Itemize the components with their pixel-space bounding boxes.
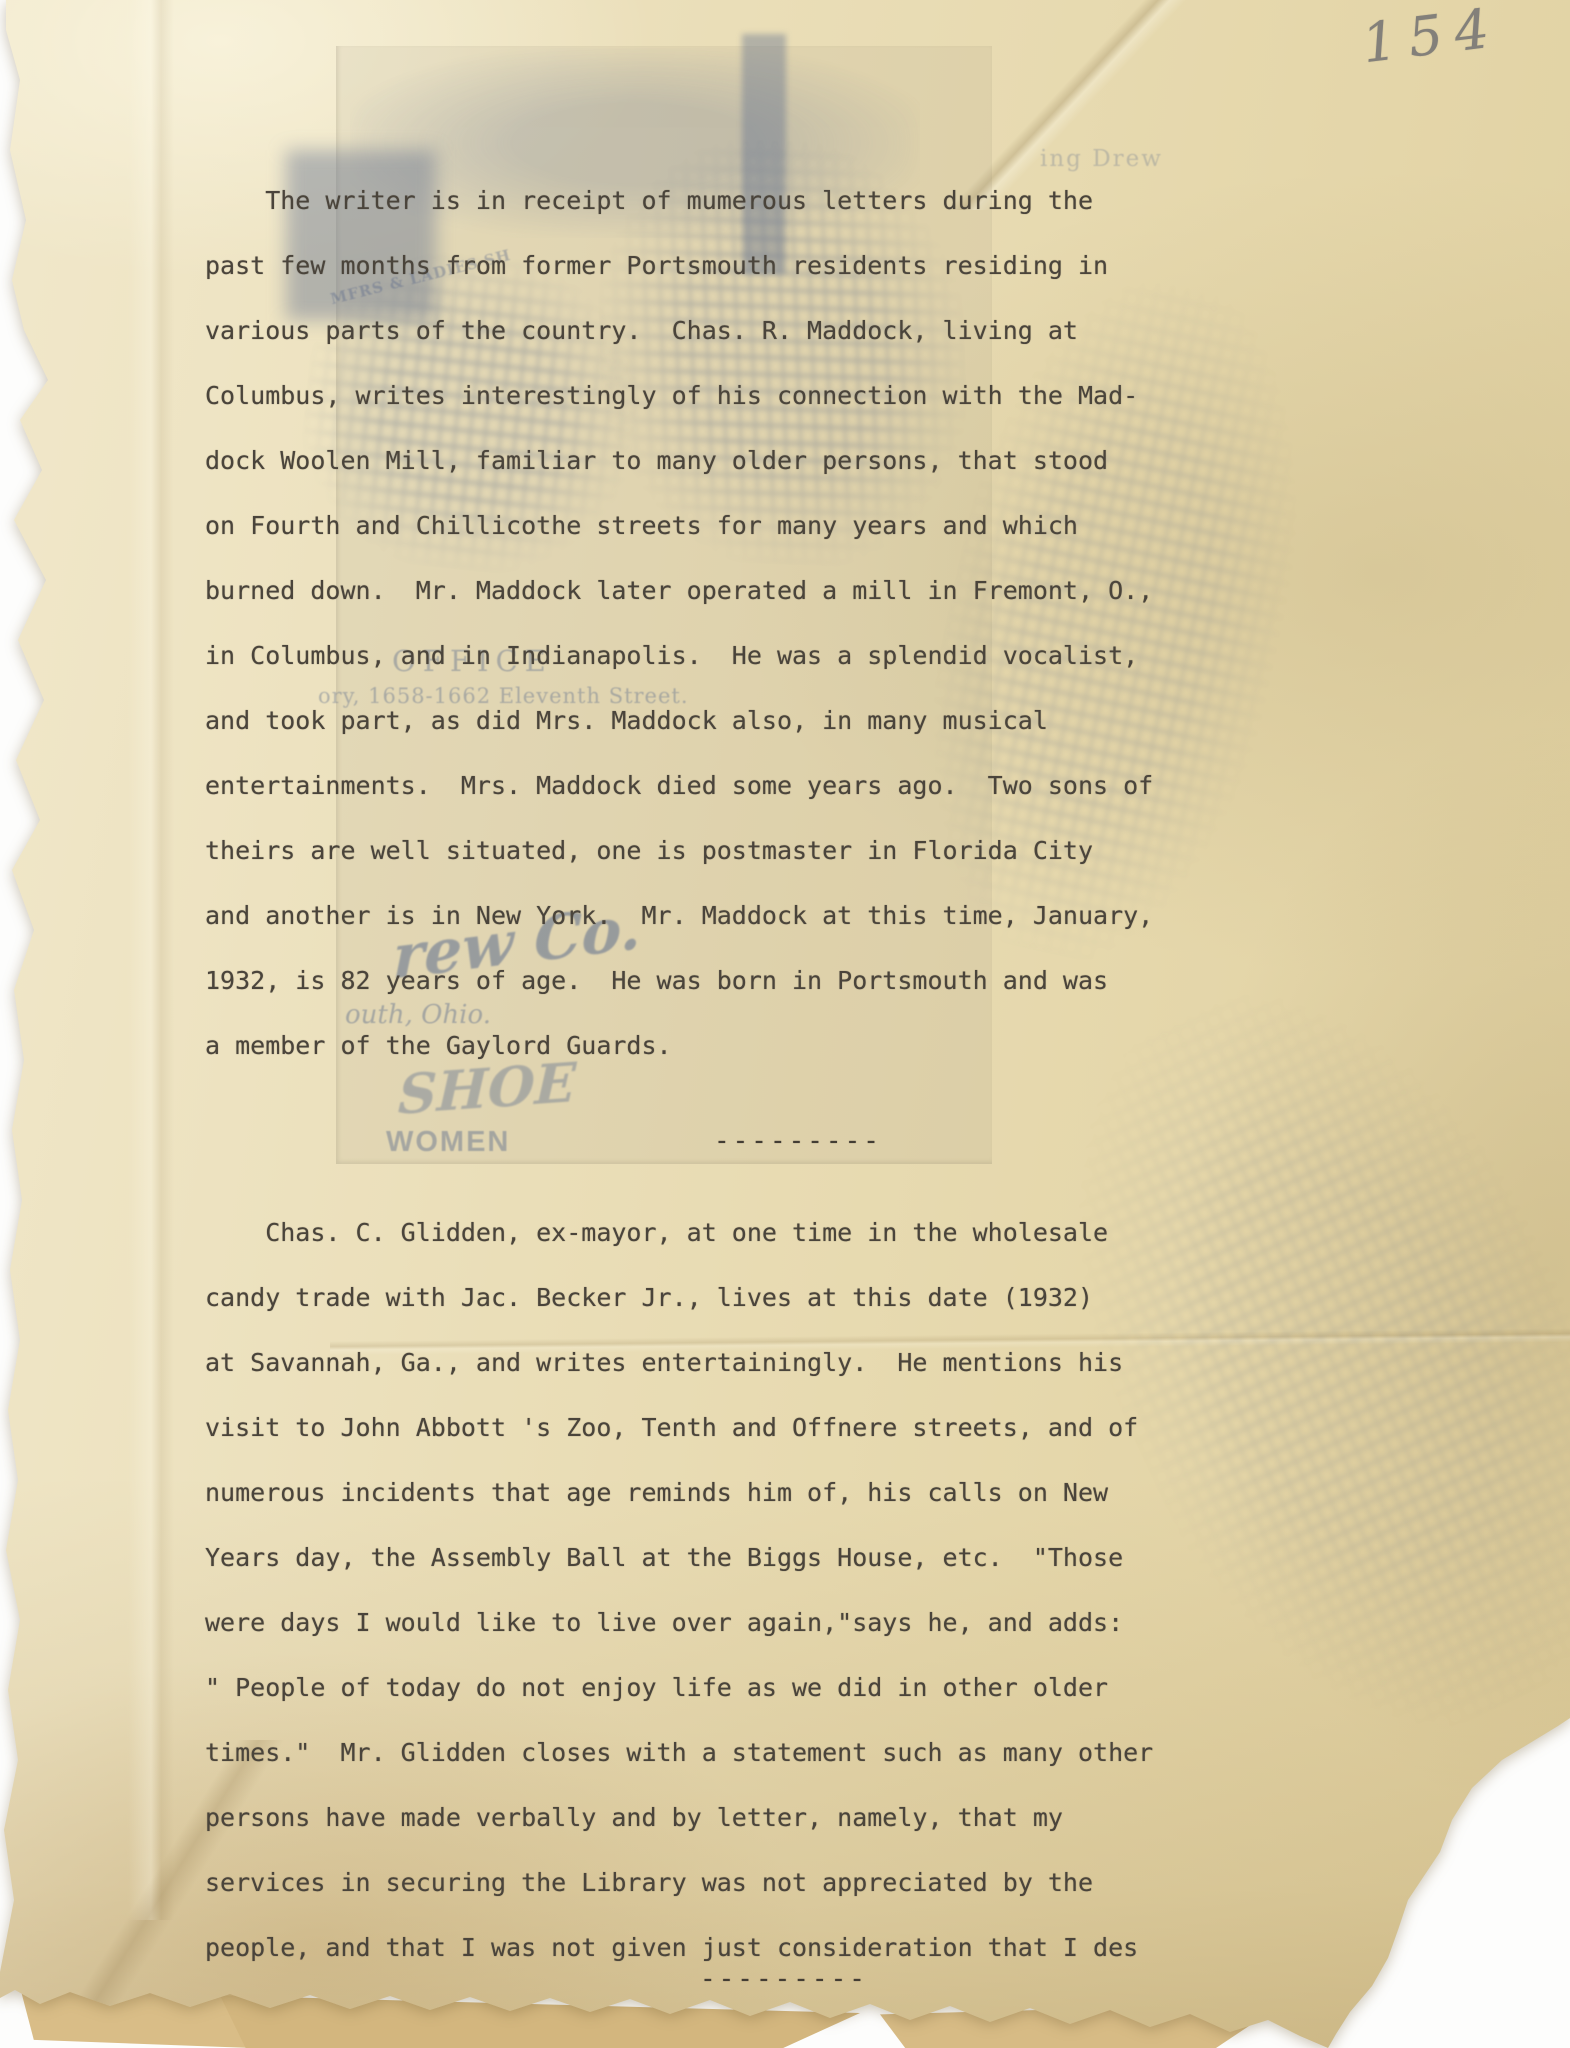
crease-left: [128, 0, 174, 1920]
typed-paragraph-1: The writer is in receipt of mumerous let…: [205, 168, 1153, 1078]
section-divider-1: ---------: [714, 1126, 882, 1156]
typed-paragraph-2: Chas. C. Glidden, ex-mayor, at one time …: [205, 1200, 1153, 1980]
scanned-document-canvas: ing Drew MFRS & LADIES SH OFFICE ory, 16…: [0, 0, 1570, 2048]
paper-sheet: ing Drew MFRS & LADIES SH OFFICE ory, 16…: [0, 0, 1570, 2048]
handwritten-page-number: 154: [1359, 0, 1505, 75]
section-divider-2: ---------: [700, 1964, 868, 1994]
paper-shadow-wrap: ing Drew MFRS & LADIES SH OFFICE ory, 16…: [0, 0, 1570, 2048]
